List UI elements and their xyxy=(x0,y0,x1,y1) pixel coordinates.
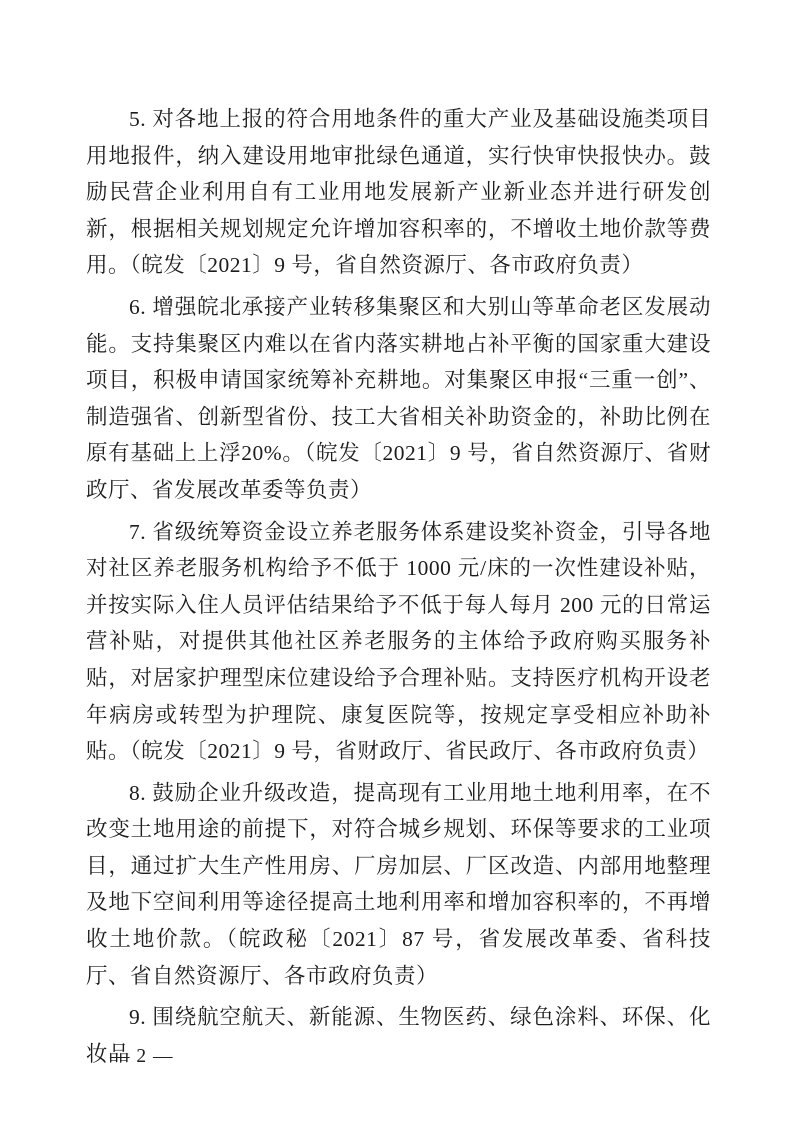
paragraph-5: 5. 对各地上报的符合用地条件的重大产业及基础设施类项目用地报件，纳入建设用地审… xyxy=(86,101,711,284)
document-page: 5. 对各地上报的符合用地条件的重大产业及基础设施类项目用地报件，纳入建设用地审… xyxy=(0,0,793,1122)
paragraph-7: 7. 省级统筹资金设立养老服务体系建设奖补资金，引导各地对社区养老服务机构给予不… xyxy=(86,514,711,770)
document-body: 5. 对各地上报的符合用地条件的重大产业及基础设施类项目用地报件，纳入建设用地审… xyxy=(86,101,711,1077)
paragraph-6: 6. 增强皖北承接产业转移集聚区和大别山等革命老区发展动能。支持集聚区内难以在省… xyxy=(86,289,711,509)
page-number: — 2 — xyxy=(110,1044,174,1070)
paragraph-9: 9. 围绕航空航天、新能源、生物医药、绿色涂料、环保、化妆品 xyxy=(86,999,711,1072)
paragraph-8: 8. 鼓励企业升级改造，提高现有工业用地土地利用率，在不改变土地用途的前提下，对… xyxy=(86,775,711,995)
